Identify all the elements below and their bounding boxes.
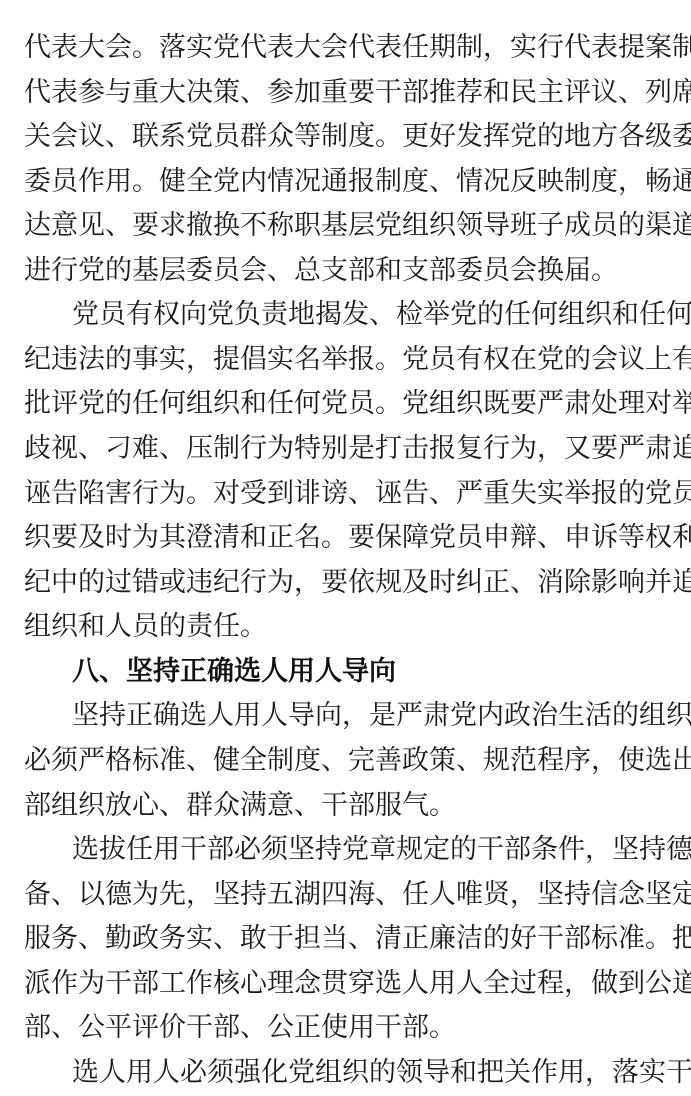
text-line: 坚持正确选人用人导向，是严肃党内政治生活的组织保证。	[72, 698, 667, 734]
text-line: 服务、勤政务实、敢于担当、清正廉洁的好干部标准。把公道正	[24, 921, 667, 957]
text-line: 代表参与重大决策、参加重要干部推荐和民主评议、列席党委有	[24, 75, 667, 111]
text-line: 诬告陷害行为。对受到诽谤、诬告、严重失实举报的党员，党组	[24, 476, 667, 512]
text-line: 纪中的过错或违纪行为，要依规及时纠正、消除影响并追究有关	[24, 565, 667, 601]
section-heading: 八、坚持正确选人用人导向	[72, 654, 667, 690]
text-line: 选拔任用干部必须坚持党章规定的干部条件，坚持德才兼	[72, 832, 667, 868]
text-line: 纪违法的事实，提倡实名举报。党员有权在党的会议上有根据地	[24, 342, 667, 378]
text-line: 进行党的基层委员会、总支部和支部委员会换届。	[24, 253, 667, 289]
text-line: 备、以德为先，坚持五湖四海、任人唯贤，坚持信念坚定、为民	[24, 877, 667, 913]
document-page: 代表大会。落实党代表大会代表任期制，实行代表提案制，健全代表参与重大决策、参加重…	[0, 0, 691, 1096]
text-line: 必须严格标准、健全制度、完善政策、规范程序，使选出来的干	[24, 743, 667, 779]
text-line: 组织和人员的责任。	[24, 609, 667, 645]
text-line: 代表大会。落实党代表大会代表任期制，实行代表提案制，健全	[24, 30, 667, 66]
text-line: 选人用人必须强化党组织的领导和把关作用，落实干部选拔	[72, 1055, 667, 1091]
text-line: 部组织放心、群众满意、干部服气。	[24, 788, 667, 824]
text-line: 织要及时为其澄清和正名。要保障党员申辩、申诉等权利。对执	[24, 520, 667, 556]
text-line: 达意见、要求撤换不称职基层党组织领导班子成员的渠道。按期	[24, 208, 667, 244]
text-line: 歧视、刁难、压制行为特别是打击报复行为，又要严肃追查处理	[24, 431, 667, 467]
text-line: 委员作用。健全党内情况通报制度、情况反映制度，畅通党员表	[24, 164, 667, 200]
text-line: 部、公平评价干部、公正使用干部。	[24, 1010, 667, 1046]
text-line: 派作为干部工作核心理念贯穿选人用人全过程，做到公道对待干	[24, 966, 667, 1002]
text-line: 党员有权向党负责地揭发、检举党的任何组织和任何党员违	[72, 297, 667, 333]
text-line: 批评党的任何组织和任何党员。党组织既要严肃处理对举报者的	[24, 386, 667, 422]
text-line: 关会议、联系党员群众等制度。更好发挥党的地方各级委员会及	[24, 119, 667, 155]
